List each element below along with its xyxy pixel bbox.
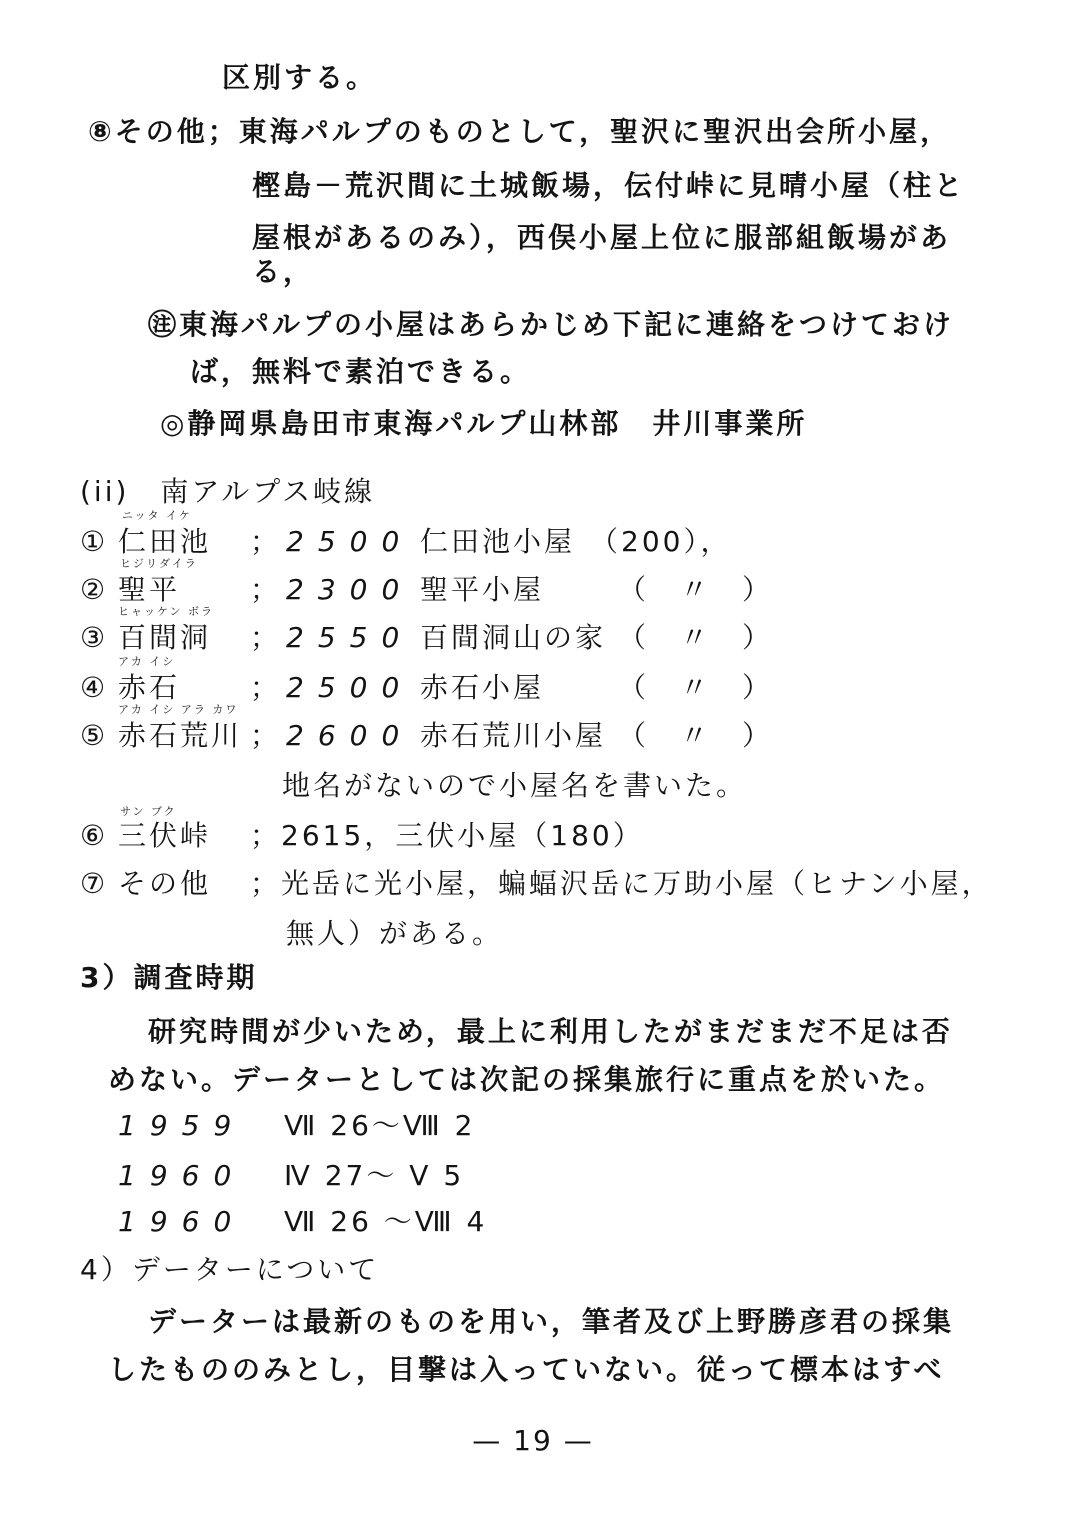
hut-name: 赤石小屋	[420, 668, 544, 708]
peak-name: 仁田池	[118, 522, 211, 562]
peak-detail-cont: 無人）がある。	[286, 914, 503, 954]
separator: ；	[250, 618, 281, 658]
document-page: 区別する。 ⑧その他；東海パルプのものとして，聖沢に聖沢出会所小屋， 樫島－荒沢…	[0, 0, 1066, 1516]
peak-marker: ①	[80, 522, 108, 562]
trip-year: 1960	[118, 1156, 245, 1196]
peak-marker: ②	[80, 570, 108, 610]
furigana: ヒャッケン ボラ	[118, 606, 214, 618]
trip-year: 1959	[118, 1106, 245, 1146]
peak-name: 赤石	[118, 668, 180, 708]
separator: ；	[250, 668, 281, 708]
peak-name: 赤石荒川	[118, 716, 242, 756]
paragraph-line: めない。データーとしては次記の採集旅行に重点を於いた。	[108, 1060, 945, 1100]
altitude: 2500	[286, 668, 413, 708]
capacity: （ 〃 ）	[618, 668, 773, 708]
peak-marker: ⑦	[80, 864, 108, 904]
capacity: （ 〃 ）	[618, 716, 773, 756]
peak-marker: ⑤	[80, 716, 108, 756]
peak-detail: ；光岳に光小屋，蝙蝠沢岳に万助小屋（ヒナン小屋，	[250, 864, 993, 904]
page-number: — 19 —	[0, 1424, 1066, 1457]
hut-name: 仁田池小屋	[420, 522, 575, 562]
peak-marker: ③	[80, 618, 108, 658]
hut-name: 赤石荒川小屋	[420, 716, 606, 756]
trip-range: Ⅶ 26 ～Ⅷ 4	[284, 1202, 487, 1242]
section-heading: 3）調査時期	[80, 958, 257, 998]
peak-name: 三伏峠	[118, 816, 211, 856]
capacity: （ 〃 ）	[618, 618, 773, 658]
text-line: 樫島－荒沢間に土城飯場，伝付峠に見晴小屋（柱と	[252, 166, 965, 206]
altitude: 2300	[286, 570, 413, 610]
capacity: （200），	[590, 522, 731, 562]
furigana: ヒジリダイラ	[120, 558, 198, 570]
text-line: ⑧その他；東海パルプのものとして，聖沢に聖沢出会所小屋，	[88, 112, 951, 152]
text-line: 区別する。	[222, 58, 377, 98]
furigana: アカ イシ アラ カワ	[118, 704, 238, 716]
separator: ；	[250, 716, 281, 756]
text-line: 屋根があるのみ），西俣小屋上位に服部組飯場があ	[252, 218, 951, 258]
section-heading: (ii) 南アルプス岐線	[80, 472, 375, 512]
altitude: 2500	[286, 522, 413, 562]
trip-range: Ⅶ 26～Ⅷ 2	[284, 1106, 475, 1146]
trip-range: Ⅳ 27～ Ⅴ 5	[284, 1156, 464, 1196]
capacity: （ 〃 ）	[618, 570, 773, 610]
furigana: アカ イシ	[118, 656, 175, 668]
separator: ；	[250, 570, 281, 610]
peak-name: 聖平	[118, 570, 180, 610]
hut-name: 聖平小屋	[420, 570, 544, 610]
separator: ；	[250, 522, 281, 562]
trip-year: 1960	[118, 1202, 245, 1242]
note-line: ㊟東海パルプの小屋はあらかじめ下記に連絡をつけておけ	[148, 305, 954, 345]
section-heading: 4）データーについて	[80, 1250, 379, 1290]
peak-name: その他	[118, 864, 211, 904]
altitude: 2550	[286, 618, 413, 658]
furigana: ニッタ イケ	[122, 510, 192, 522]
hut-name: 百間洞山の家	[420, 618, 606, 658]
peak-marker: ⑥	[80, 816, 108, 856]
text-line: る，	[252, 252, 314, 292]
peak-marker: ④	[80, 668, 108, 708]
paragraph-line: データーは最新のものを用い，筆者及び上野勝彦君の採集	[148, 1302, 954, 1342]
paragraph-line: したもののみとし，目撃は入っていない。従って標本はすべ	[108, 1350, 944, 1390]
peak-name: 百間洞	[118, 618, 211, 658]
altitude: 2600	[286, 716, 413, 756]
paragraph-line: 研究時間が少いため，最上に利用したがまだまだ不足は否	[148, 1012, 953, 1052]
address-line: ◎静岡県島田市東海パルプ山林部 井川事業所	[160, 404, 807, 444]
note-line: 地名がないので小屋名を書いた。	[282, 766, 747, 806]
note-line: ば，無料で素泊できる。	[190, 352, 531, 392]
peak-detail: ；2615，三伏小屋（180）	[250, 816, 644, 856]
